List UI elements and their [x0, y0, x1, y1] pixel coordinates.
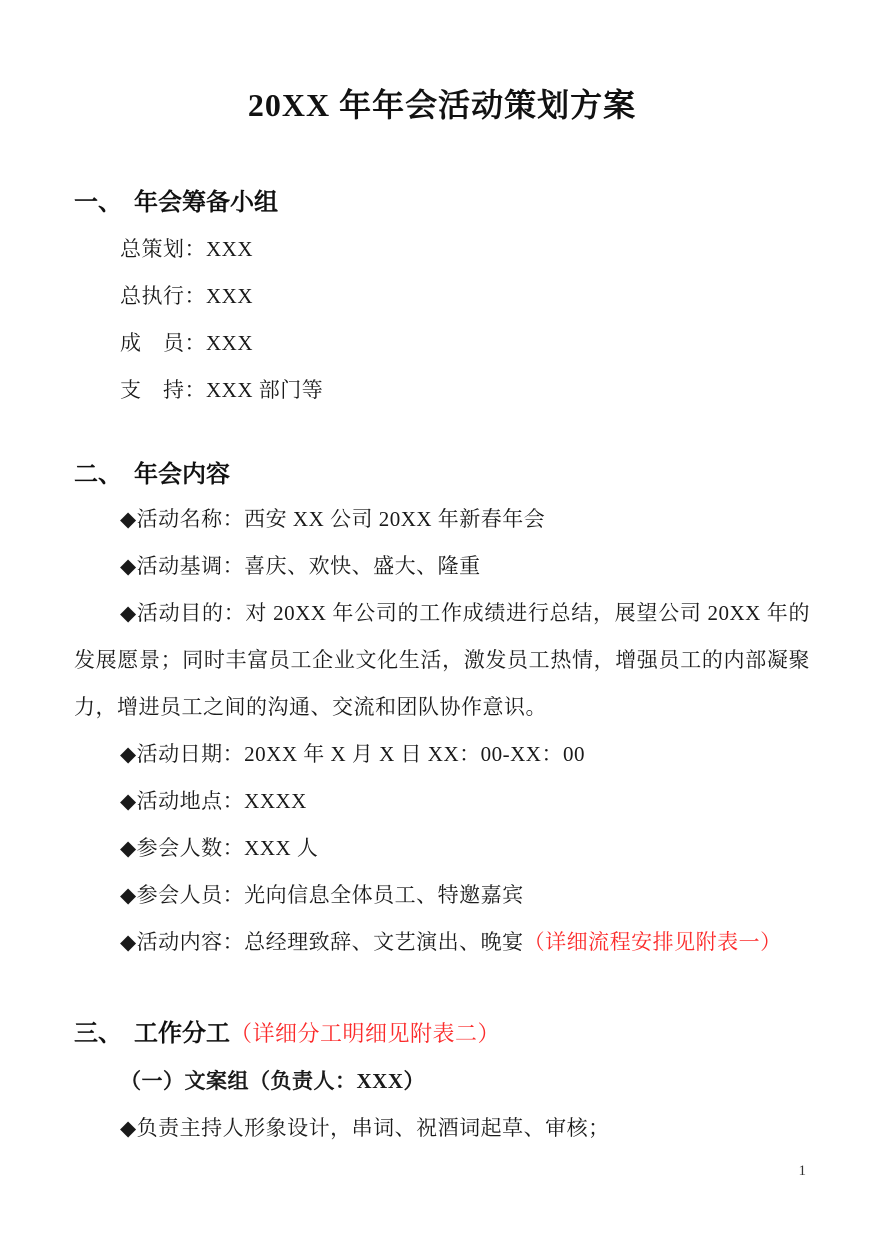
- section-1-title: 年会筹备小组: [134, 189, 278, 216]
- section-2-heading: 二、年会内容: [74, 458, 810, 491]
- section-1-heading: 一、年会筹备小组: [74, 186, 810, 219]
- section-2-title: 年会内容: [134, 461, 230, 488]
- document-title: 20XX 年年会活动策划方案: [74, 84, 810, 126]
- list-item-activity-tone: ◆活动基调：喜庆、欢快、盛大、隆重: [74, 543, 810, 590]
- section-1-number: 一、: [74, 189, 122, 216]
- list-item-activity-name: ◆活动名称：西安 XX 公司 20XX 年新春年会: [74, 496, 810, 543]
- section-2-body: ◆活动名称：西安 XX 公司 20XX 年新春年会 ◆活动基调：喜庆、欢快、盛大…: [74, 496, 810, 966]
- section-1-body: 总策划：XXX 总执行：XXX 成 员：XXX 支 持：XXX 部门等: [74, 226, 810, 414]
- section-2-number: 二、: [74, 461, 122, 488]
- section-3-number: 三、: [74, 1020, 122, 1047]
- appendix-one-note: （详细流程安排见附表一）: [524, 930, 782, 954]
- list-item-activity-venue: ◆活动地点：XXXX: [74, 778, 810, 825]
- section-3-title: 工作分工: [134, 1020, 230, 1047]
- subsection-copywriting-group-heading: （一）文案组（负责人：XXX）: [74, 1058, 810, 1105]
- document-page: 20XX 年年会活动策划方案 一、年会筹备小组 总策划：XXX 总执行：XXX …: [0, 0, 884, 1250]
- list-item-activity-purpose: ◆活动目的：对 20XX 年公司的工作成绩进行总结，展望公司 20XX 年的发展…: [74, 590, 810, 731]
- list-item-activity-date: ◆活动日期：20XX 年 X 月 X 日 XX：00-XX：00: [74, 731, 810, 778]
- page-number: 1: [799, 1163, 807, 1180]
- kv-line-chief-executor: 总执行：XXX: [74, 273, 810, 320]
- task-item-host-design: ◆负责主持人形象设计，串词、祝酒词起草、审核；: [74, 1105, 810, 1152]
- list-item-attendees: ◆参会人员：光向信息全体员工、特邀嘉宾: [74, 872, 810, 919]
- kv-line-chief-planner: 总策划：XXX: [74, 226, 810, 273]
- list-item-attendee-count: ◆参会人数：XXX 人: [74, 825, 810, 872]
- kv-line-support: 支 持：XXX 部门等: [74, 367, 810, 414]
- list-item-activity-content: ◆活动内容：总经理致辞、文艺演出、晚宴（详细流程安排见附表一）: [74, 919, 810, 966]
- appendix-two-note: （详细分工明细见附表二）: [230, 1021, 500, 1046]
- section-3-heading: 三、工作分工（详细分工明细见附表二）: [74, 1017, 810, 1050]
- activity-content-text: ◆活动内容：总经理致辞、文艺演出、晚宴: [120, 930, 524, 954]
- kv-line-members: 成 员：XXX: [74, 320, 810, 367]
